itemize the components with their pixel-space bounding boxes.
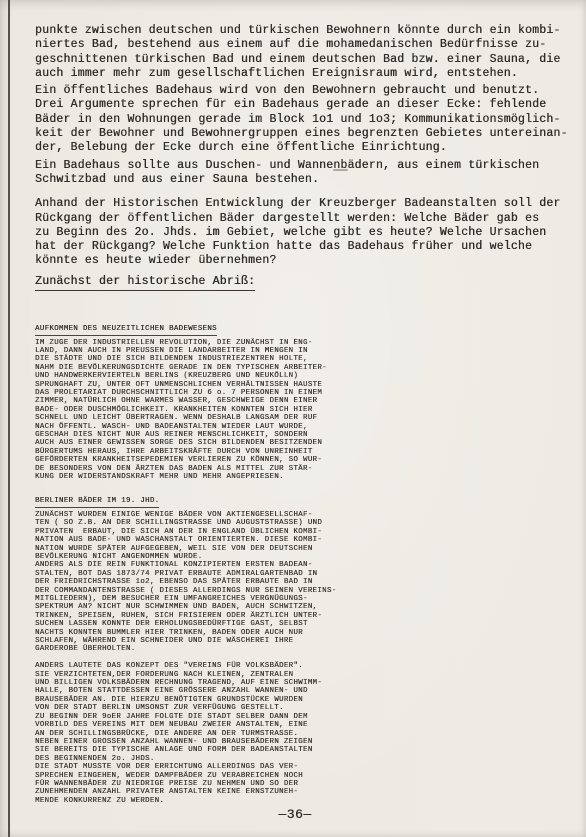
paragraph-three-arguments: Ein öffentliches Badehaus wird von den B… — [35, 84, 576, 155]
section-aufkommen-badewesen: AUFKOMMEN DES NEUZEITLICHEN BADEWESENS I… — [35, 317, 353, 481]
paragraph-bath-combination: punkte zwischen deutschen und türkischen… — [35, 24, 576, 81]
stray-pencil-mark — [333, 169, 348, 171]
paragraph-historical-development: Anhand der Historischen Entwicklung der … — [35, 197, 576, 268]
scanned-document-page: punkte zwischen deutschen und türkischen… — [0, 0, 586, 837]
section-body: IM ZUGE DER INDUSTRIELLEN REVOLUTION, DI… — [35, 339, 353, 482]
section-body: ZUNÄCHST WURDEN EINIGE WENIGE BÄDER VON … — [35, 511, 353, 805]
typed-sections-column: AUFKOMMEN DES NEUZEITLICHEN BADEWESENS I… — [35, 317, 353, 805]
subheading-historischer-abriss: Zunächst der historische Abriß: — [35, 275, 576, 291]
paragraph-badehaus-components: Ein Badehaus sollte aus Duschen- und Wan… — [35, 159, 576, 188]
page-number: —36— — [278, 807, 311, 822]
section-title: AUFKOMMEN DES NEUZEITLICHEN BADEWESENS — [35, 324, 217, 336]
page-content: punkte zwischen deutschen und türkischen… — [35, 24, 576, 805]
section-berliner-baeder: BERLINER BÄDER IM 19. JHD. ZUNÄCHST WURD… — [35, 489, 353, 805]
section-title: BERLINER BÄDER IM 19. JHD. — [35, 496, 159, 508]
subheading-text: Zunächst der historische Abriß: — [35, 275, 255, 291]
left-binding-rule — [8, 0, 10, 837]
